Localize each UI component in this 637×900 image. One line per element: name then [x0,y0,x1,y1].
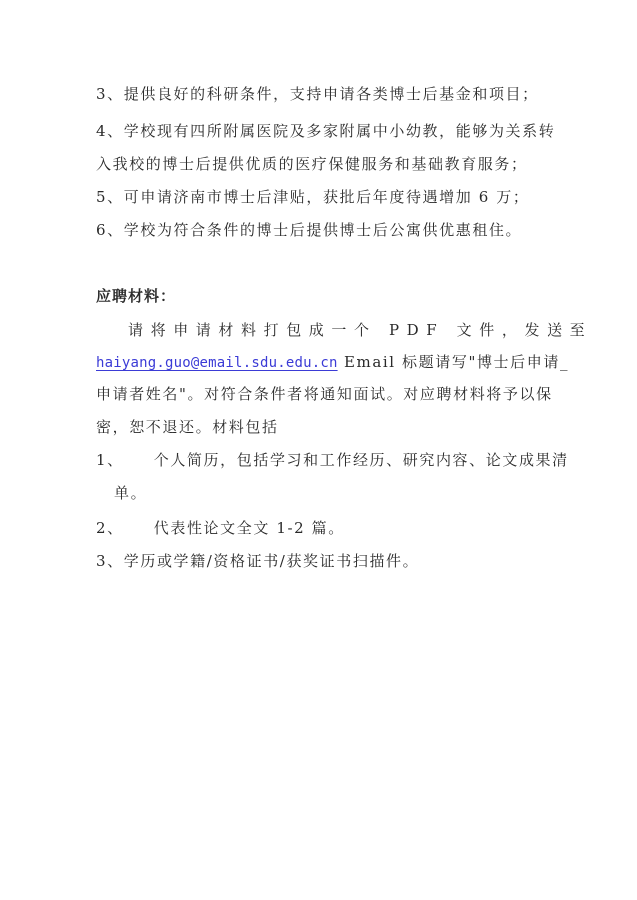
benefit-item-4-cont: 入我校的博士后提供优质的医疗保健服务和基础教育服务； [96,154,528,174]
material-item-number: 1、 [96,451,124,469]
benefit-item-5: 5、可申请济南市博士后津贴，获批后年度待遇增加 6 万； [96,187,529,207]
material-item-1-cont: 单。 [114,483,147,503]
material-item-text: 代表性论文全文 1-2 篇。 [154,519,345,537]
material-item-text: 个人简历，包括学习和工作经历、研究内容、论文成果清 [154,451,569,469]
materials-heading: 应聘材料： [96,286,176,306]
benefit-item-6: 6、学校为符合条件的博士后提供博士后公寓供优惠租住。 [96,220,522,240]
email-subject-text: Email 标题请写"博士后申请_ [338,353,569,371]
materials-intro-line3: 申请者姓名"。对符合条件者将通知面试。对应聘材料将予以保 [96,384,553,404]
material-item-text: 学历或学籍/资格证书/获奖证书扫描件。 [124,552,420,570]
benefit-item-4: 4、学校现有四所附属医院及多家附属中小幼教，能够为关系转 [96,121,555,141]
material-item-3: 3、学历或学籍/资格证书/获奖证书扫描件。 [96,551,419,571]
email-link[interactable]: haiyang.guo@email.sdu.edu.cn [96,355,338,371]
document-page: 3、提供良好的科研条件，支持申请各类博士后基金和项目； 4、学校现有四所附属医院… [0,0,637,900]
materials-intro-line4: 密，恕不退还。材料包括 [96,417,279,437]
material-item-1: 1、个人简历，包括学习和工作经历、研究内容、论文成果清 [96,450,569,470]
material-item-2: 2、代表性论文全文 1-2 篇。 [96,518,345,538]
material-item-number: 2、 [96,519,124,537]
material-item-number: 3、 [96,552,124,570]
materials-intro-line2: haiyang.guo@email.sdu.edu.cn Email 标题请写"… [96,352,569,373]
benefit-item-3: 3、提供良好的科研条件，支持申请各类博士后基金和项目； [96,84,539,104]
materials-intro-line1: 请将申请材料打包成一个 PDF 文件，发送至 [128,320,592,340]
